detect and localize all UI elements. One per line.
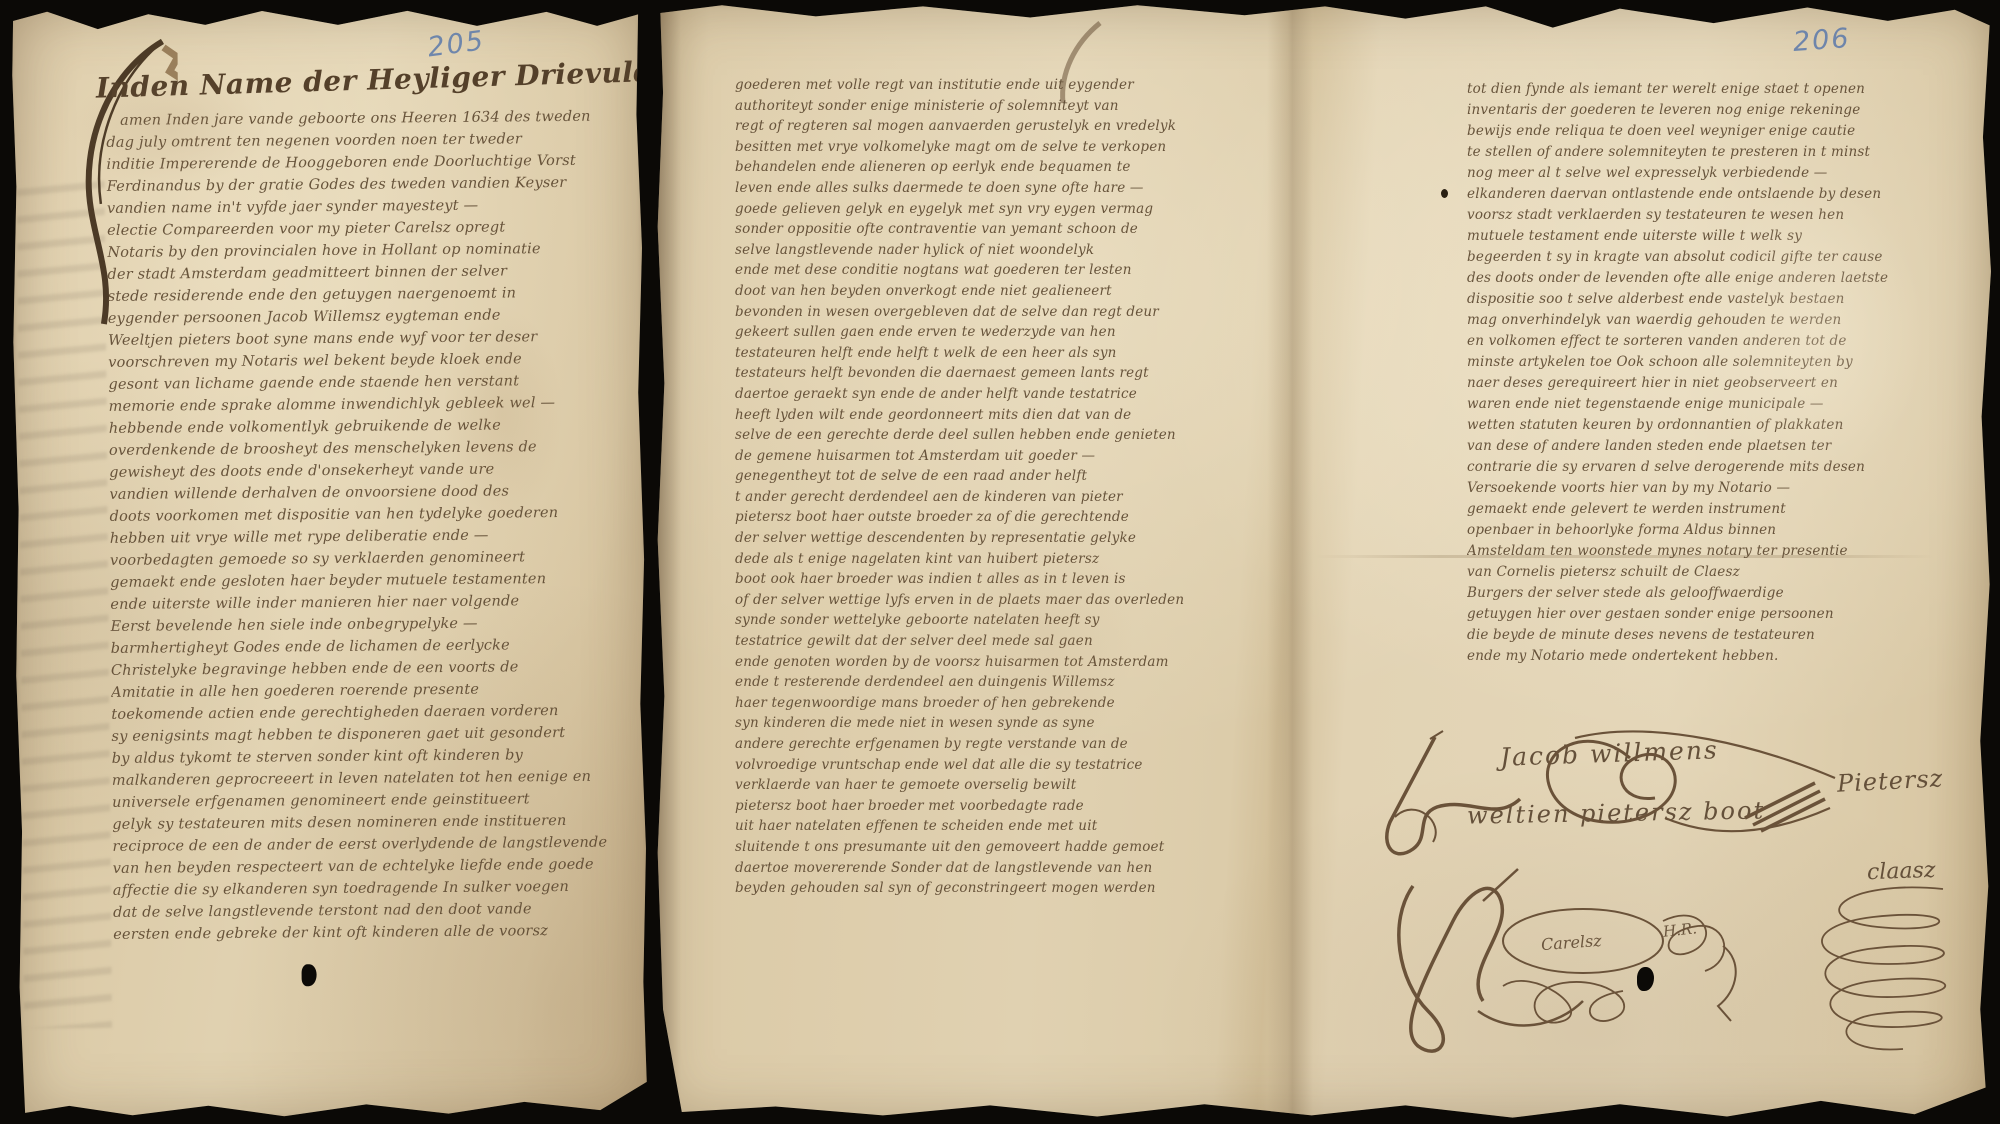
manuscript-line: de gemene huisarmen tot Amsterdam uit go… <box>735 446 1283 467</box>
manuscript-line: behandelen ende alieneren op eerlyk ende… <box>735 157 1283 178</box>
manuscript-line: elkanderen daervan ontlastende ende onts… <box>1467 184 1987 205</box>
manuscript-line: selve de een gerechte derde deel sullen … <box>735 425 1283 446</box>
page-number-206: 206 <box>1792 23 1852 58</box>
handwritten-text-column-left: amen Inden jare vande geboorte ons Heere… <box>106 105 625 945</box>
manuscript-line: genegentheyt tot de selve de een raad an… <box>735 466 1283 487</box>
manuscript-line: haer tegenwoordige mans broeder of hen g… <box>735 693 1283 714</box>
manuscript-line: boot ook haer broeder was indien t alles… <box>735 569 1283 590</box>
handwritten-text-column-right: tot dien fynde als iemant ter werelt eni… <box>1467 79 1987 667</box>
manuscript-line: authoriteyt sonder enige ministerie of s… <box>735 96 1283 117</box>
monogram-flourish <box>1383 861 1633 1071</box>
manuscript-line: ende met dese conditie nogtans wat goede… <box>735 260 1283 281</box>
manuscript-line: uit haer natelaten effenen te scheiden e… <box>735 816 1283 837</box>
manuscript-line: goede gelieven gelyk en eygelyk met syn … <box>735 199 1283 220</box>
notary-rubric-flourish <box>1473 891 1773 1041</box>
manuscript-line: sonder oppositie ofte contraventie van y… <box>735 219 1283 240</box>
manuscript-line: bewijs ende reliqua te doen veel weynige… <box>1467 121 1987 142</box>
manuscript-line: te stellen of andere solemniteyten te pr… <box>1467 142 1987 163</box>
paper-hole <box>302 964 317 986</box>
manuscript-line: regt of regteren sal mogen aanvaerden ge… <box>735 116 1283 137</box>
coil-flourish <box>1783 879 1983 1079</box>
manuscript-line: pietersz boot haer broeder met voorbedag… <box>735 796 1283 817</box>
manuscript-line: pietersz boot haer outste broeder za of … <box>735 507 1283 528</box>
manuscript-line: eersten ende gebreke der kint oft kinder… <box>113 919 625 945</box>
gutter-shadow <box>655 3 681 1121</box>
manuscript-line: van dese of andere landen steden ende pl… <box>1467 436 1987 457</box>
manuscript-line: goederen met volle regt van institutie e… <box>735 75 1283 96</box>
manuscript-line: leven ende alles sulks daermede te doen … <box>735 178 1283 199</box>
manuscript-line: voorsz stadt verklaerden sy testateuren … <box>1467 205 1987 226</box>
signature-initials-hr: H.R. <box>1662 919 1698 940</box>
page-number-205: 205 <box>426 25 487 63</box>
manuscript-line: daertoe movererende Sonder dat de langst… <box>735 858 1283 879</box>
manuscript-line: t ander gerecht derdendeel aen de kinder… <box>735 487 1283 508</box>
paper-hole-small <box>1441 189 1448 198</box>
manuscript-line: en volkomen effect te sorteren vanden an… <box>1467 331 1987 352</box>
manuscript-line: contrarie die sy ervaren d selve deroger… <box>1467 457 1987 478</box>
manuscript-line: verklaerde van haer te gemoete overselig… <box>735 775 1283 796</box>
manuscript-line: ende my Notario mede ondertekent hebben. <box>1467 646 1987 667</box>
manuscript-line: minste artykelen toe Ook schoon alle sol… <box>1467 352 1987 373</box>
manuscript-line: gekeert sullen gaen ende erven te wederz… <box>735 322 1283 343</box>
signature-pietersz: Pietersz <box>1836 764 1944 798</box>
manuscript-line: mutuele testament ende uiterste wille t … <box>1467 226 1987 247</box>
manuscript-line: tot dien fynde als iemant ter werelt eni… <box>1467 79 1987 100</box>
manuscript-line: van Cornelis pietersz schuilt de Claesz <box>1467 562 1987 583</box>
manuscript-line: openbaer in behoorlyke forma Aldus binne… <box>1467 520 1987 541</box>
manuscript-line: begeerden t sy in kragte van absolut cod… <box>1467 247 1987 268</box>
signature-notary-carelsz: Carelsz <box>1540 931 1602 954</box>
manuscript-line: Burgers der selver stede als gelooffwaer… <box>1467 583 1987 604</box>
signature-claasz: claasz <box>1867 858 1936 885</box>
manuscript-line: andere gerechte erfgenamen by regte vers… <box>735 734 1283 755</box>
manuscript-line: mag onverhindelyk van waerdig gehouden t… <box>1467 310 1987 331</box>
manuscript-line: Versoekende voorts hier van by my Notari… <box>1467 478 1987 499</box>
manuscript-line: dede als t enige nagelaten kint van huib… <box>735 549 1283 570</box>
manuscript-line: ende genoten worden by de voorsz huisarm… <box>735 652 1283 673</box>
paper-hole <box>1637 967 1654 991</box>
manuscript-line: synde sonder wettelyke geboorte natelate… <box>735 610 1283 631</box>
manuscript-line: gemaekt ende gelevert te werden instrume… <box>1467 499 1987 520</box>
manuscript-line: bevonden in wesen overgebleven dat de se… <box>735 302 1283 323</box>
manuscript-line: inventaris der goederen te leveren nog e… <box>1467 100 1987 121</box>
manuscript-line: wetten statuten keuren by ordonnantien o… <box>1467 415 1987 436</box>
signature-weltien-pietersz-boot: weltien pietersz boot <box>1467 796 1766 829</box>
manuscript-line: of der selver wettige lyfs erven in de p… <box>735 590 1283 611</box>
manuscript-line: daertoe geraekt syn ende de ander helft … <box>735 384 1283 405</box>
manuscript-line: des doots onder de levenden ofte alle en… <box>1467 268 1987 289</box>
manuscript-line: getuygen hier over gestaen sonder enige … <box>1467 604 1987 625</box>
manuscript-line: testateuren helft ende helft t welk de e… <box>735 343 1283 364</box>
manuscript-line: testatrice gewilt dat der selver deel me… <box>735 631 1283 652</box>
handwritten-text-column-middle: goederen met volle regt van institutie e… <box>735 75 1283 899</box>
manuscript-line: ende t resterende derdendeel aen duingen… <box>735 672 1283 693</box>
manuscript-page-left: Inden Name der Heyliger Drievuldigheit 2… <box>9 3 651 1120</box>
manuscript-line: testateurs helft bevonden die daernaest … <box>735 363 1283 384</box>
signature-jacob-willemsz: Jacob willmens <box>1500 735 1720 772</box>
manuscript-line: sluitende t ons presumante uit den gemov… <box>735 837 1283 858</box>
manuscript-line: doot van hen beyden onverkogt ende niet … <box>735 281 1283 302</box>
manuscript-line: beyden gehouden sal syn of geconstringee… <box>735 878 1283 899</box>
manuscript-line: heeft lyden wilt ende geordonneert mits … <box>735 405 1283 426</box>
manuscript-line: naer deses gerequireert hier in niet geo… <box>1467 373 1987 394</box>
manuscript-line: besitten met vrye volkomelyke magt om de… <box>735 137 1283 158</box>
manuscript-spread: 206 goederen met volle regt van institut… <box>655 3 1995 1121</box>
manuscript-line: dispositie soo t selve alderbest ende va… <box>1467 289 1987 310</box>
manuscript-line: waren ende niet tegenstaende enige munic… <box>1467 394 1987 415</box>
manuscript-line: Amsteldam ten woonstede mynes notary ter… <box>1467 541 1987 562</box>
manuscript-line: der selver wettige descendenten by repre… <box>735 528 1283 549</box>
manuscript-line: syn kinderen die mede niet in wesen synd… <box>735 713 1283 734</box>
manuscript-line: die beyde de minute deses nevens de test… <box>1467 625 1987 646</box>
manuscript-line: nog meer al t selve wel expresselyk verb… <box>1467 163 1987 184</box>
manuscript-line: volvroedige vruntschap ende wel dat alle… <box>735 755 1283 776</box>
manuscript-line: selve langstlevende nader hylick of niet… <box>735 240 1283 261</box>
